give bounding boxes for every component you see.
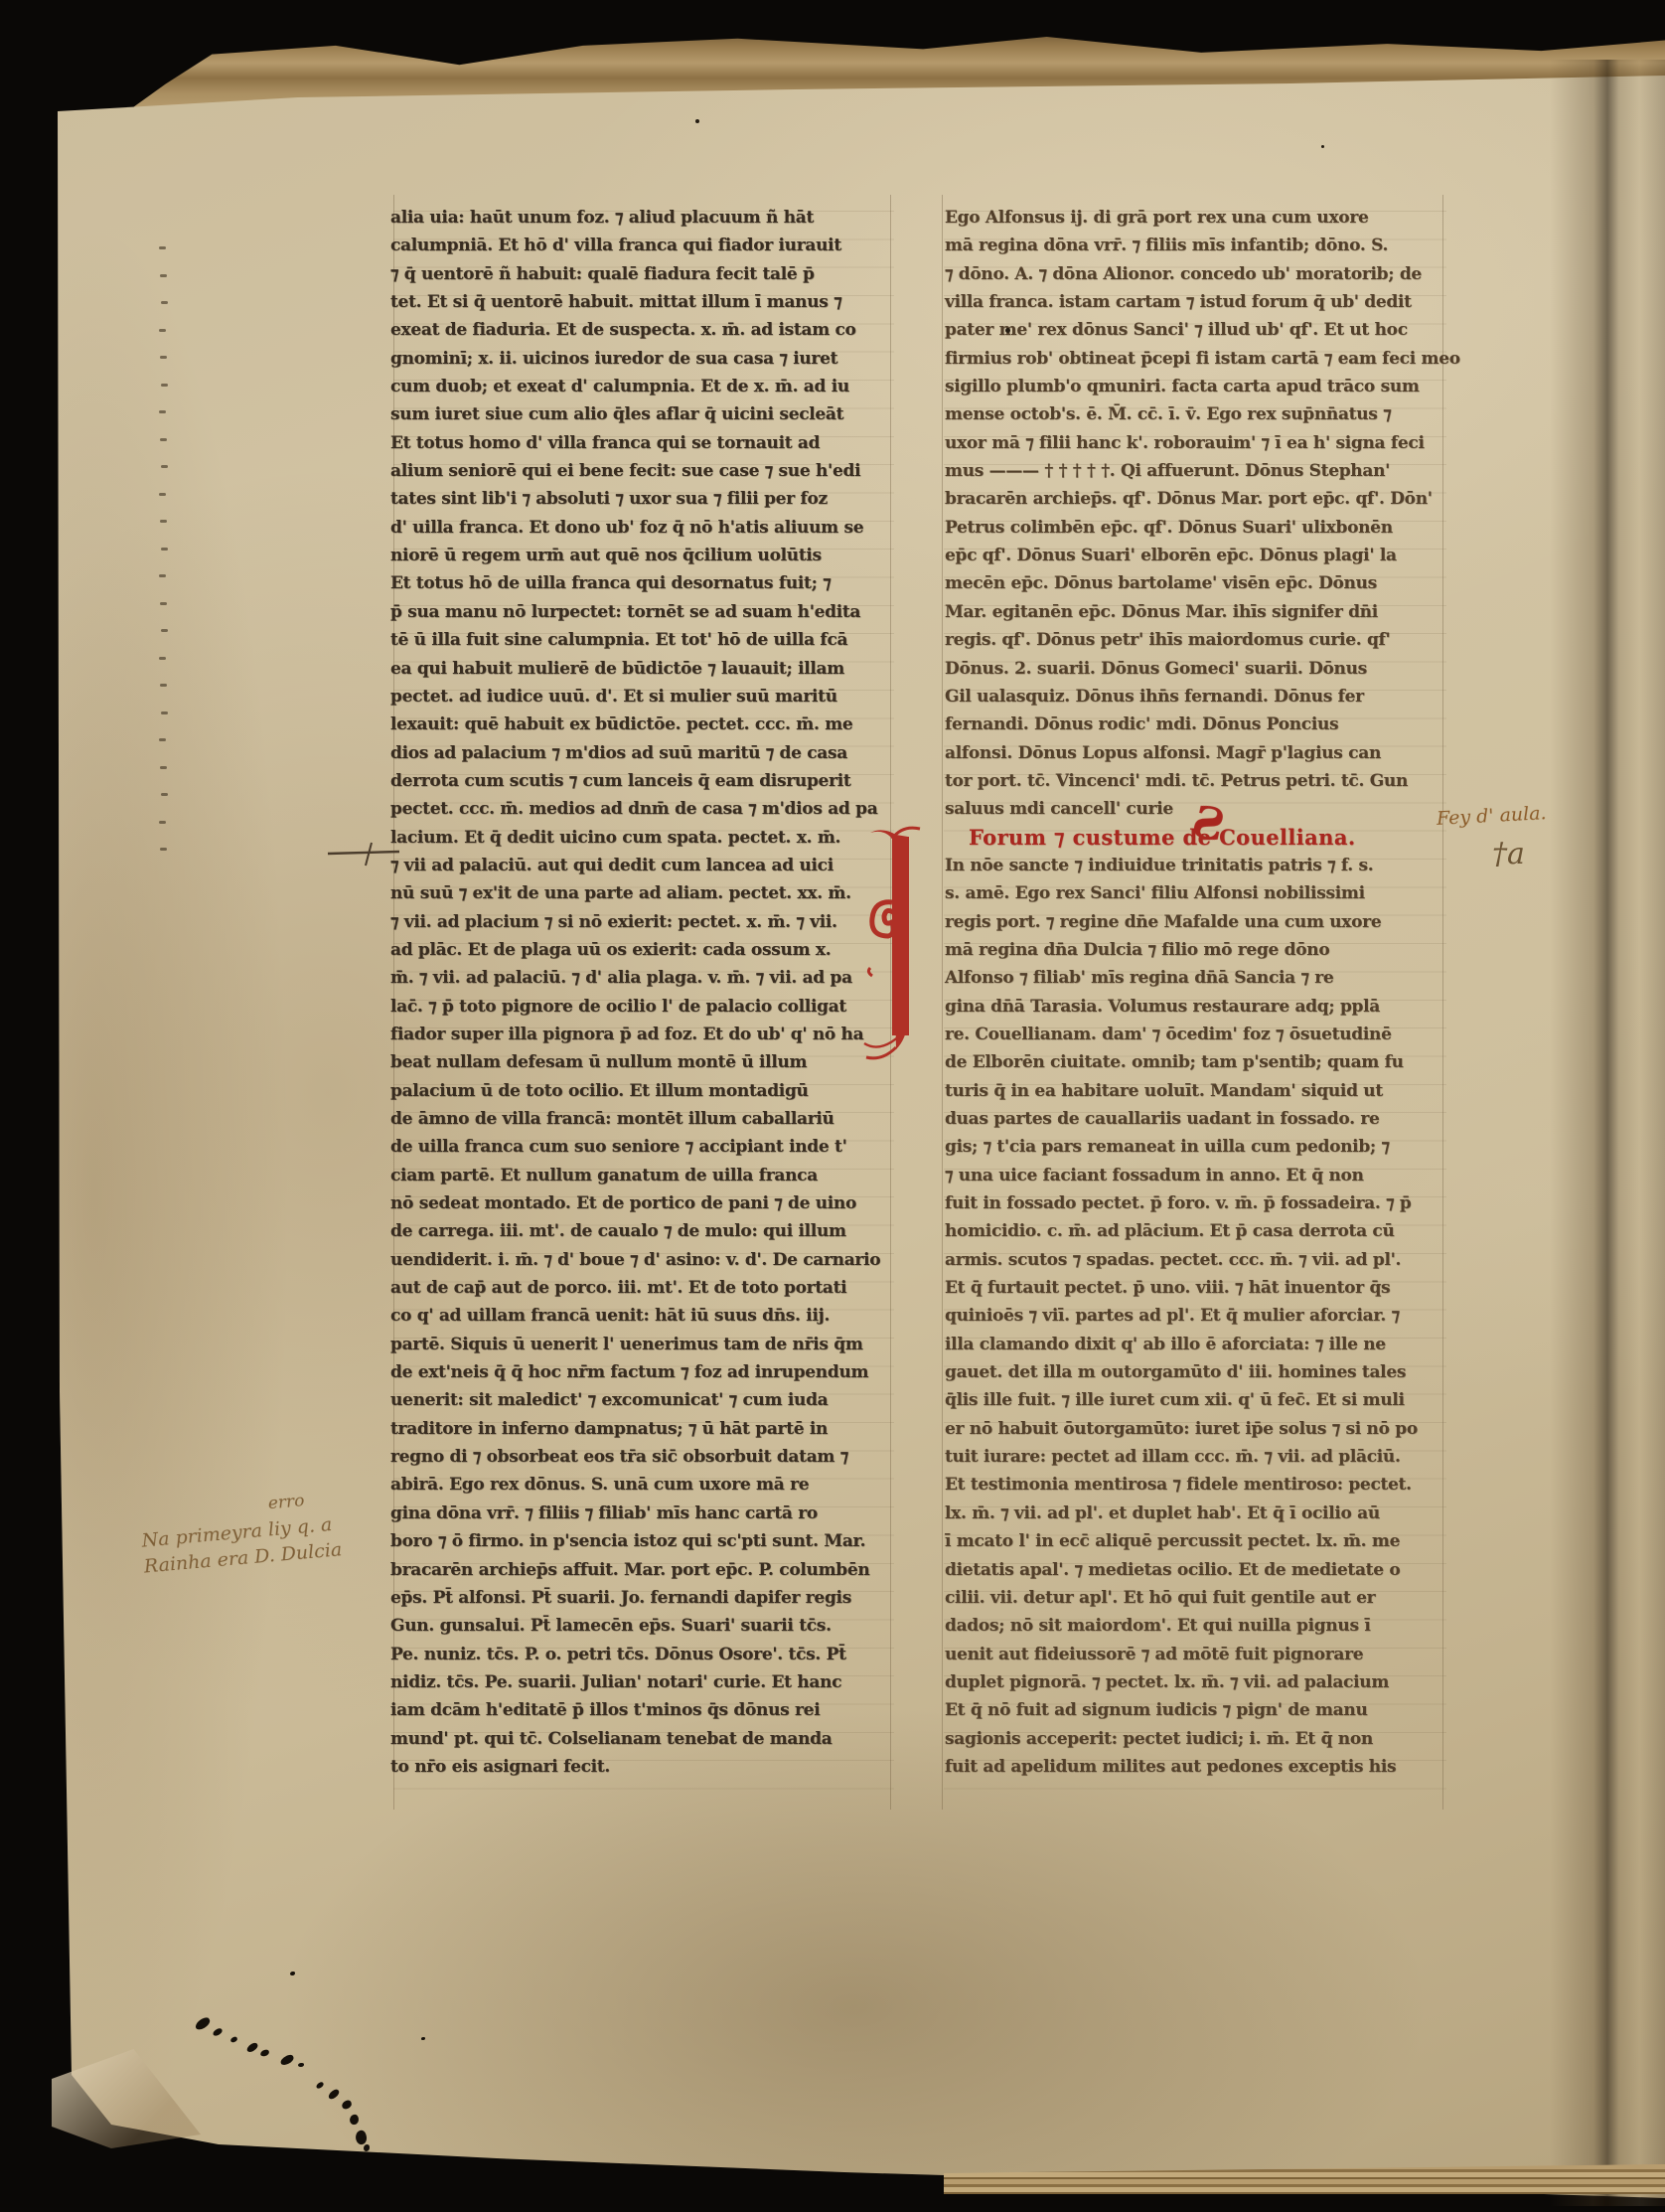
manuscript-line: gis; ⁊ t'cia pars remaneat in uilla cum … [945,1133,1457,1161]
manuscript-line: duplet pignorā. ⁊ pectet. lx. m̄. ⁊ vii.… [945,1668,1457,1696]
manuscript-line: Alfonso ⁊ filiab' mīs regina dn̄ā Sancia… [945,964,1457,992]
manuscript-line: cilii. vii. detur apl'. Et hō qui fuit g… [945,1584,1457,1612]
manuscript-line: In nōe sancte ⁊ indiuidue trinitatis pat… [945,852,1457,879]
manuscript-line: fernandi. Dōnus rodic' mdi. Dōnus Ponciu… [945,711,1457,738]
manuscript-line: Et totus homo d' villa franca qui se tor… [390,429,903,457]
manuscript-line: turis q̄ in ea habitare uoluīt. Mandam' … [945,1077,1457,1105]
manuscript-line: nidiz. tc̄s. Pe. suarii. Julian' notari'… [390,1668,903,1696]
manuscript-line: mus ——— † † † † †. Qi affuerunt. Dōnus S… [945,457,1457,485]
prick-mark [161,465,168,468]
manuscript-line: dietatis apal'. ⁊ medietas ocilio. Et de… [945,1556,1457,1584]
prick-mark [159,574,166,577]
manuscript-line: nū suū ⁊ ex'it de una parte ad aliam. pe… [390,879,903,907]
manuscript-line: aut de cap̄ aut de porco. iii. mt'. Et d… [390,1274,903,1302]
manuscript-line: tet. Et si q̄ uentorē habuit. mittat ill… [390,288,903,316]
manuscript-line: Et q̄ furtauit pectet. p̄ uno. viii. ⁊ h… [945,1274,1457,1302]
manuscript-line: co q' ad uillam francā uenit: hāt iū suu… [390,1302,903,1330]
manuscript-line: mecēn ep̄c. Dōnus bartolame' visēn ep̄c.… [945,569,1457,597]
prick-mark [161,548,168,551]
prick-mark [160,602,167,605]
manuscript-line: mense octob's. ē. M̄. cc̄. ī. v̄. Ego re… [945,400,1457,428]
manuscript-line: Et totus hō de uilla franca qui desornat… [390,569,903,597]
right-text-column: Ego Alfonsus ij. di grā port rex una cum… [945,204,1457,1781]
manuscript-line: uenit aut fideiussorē ⁊ ad mōtē fuit pig… [945,1641,1457,1668]
manuscript-line: cum duob; et exeat d' calumpnia. Et de x… [390,373,903,400]
manuscript-line: regis. qf'. Dōnus petr' ihīs maiordomus … [945,626,1457,654]
manuscript-line: re. Couellianam. dam' ⁊ ōcedim' foz ⁊ ōs… [945,1021,1457,1048]
prick-mark [159,657,166,660]
manuscript-line: fuit ad apelidum milites aut pedones exc… [945,1753,1457,1781]
manuscript-line: derrota cum scutis ⁊ cum lanceis q̄ eam … [390,767,903,795]
manuscript-line: quinioēs ⁊ viī. partes ad pl'. Et q̄ mul… [945,1302,1457,1330]
manuscript-line: ⁊ vii ad palaciū. aut qui dedit cum lanc… [390,852,903,879]
prick-mark [161,711,168,714]
manuscript-line: p̄ sua manu nō lurpectet: tornēt se ad s… [390,598,903,626]
manuscript-line: uxor mā ⁊ filii hanc k'. roborauim' ⁊ ī … [945,429,1457,457]
manuscript-line: homicidio. c. m̄. ad plācium. Et p̄ casa… [945,1217,1457,1245]
manuscript-line: beat nullam defesam ū nullum montē ū ill… [390,1048,903,1076]
manuscript-line: iam dcām h'editatē p̄ illos t'minos q̄s … [390,1696,903,1724]
manuscript-line: gina dn̄ā Tarasia. Volumus restaurare ad… [945,993,1457,1021]
ink-speck [695,119,699,123]
manuscript-line: exeat de fiaduria. Et de suspecta. x. m̄… [390,316,903,344]
manuscript-line: de Elborēn ciuitate. omnib; tam p'sentib… [945,1048,1457,1076]
manuscript-line: d' uilla franca. Et dono ub' foz q̄ nō h… [390,514,903,542]
manuscript-line: dios ad palacium ⁊ m'dios ad suū maritū … [390,739,903,767]
manuscript-line: bracarēn archiep̄s affuit. Mar. port ep̄… [390,1556,903,1584]
manuscript-line: nō sedeat montado. Et de portico de pani… [390,1189,903,1217]
ink-speck [1005,328,1010,333]
manuscript-line: de āmno de villa francā: montēt illum ca… [390,1105,903,1133]
prick-mark [160,438,167,441]
manuscript-line: er nō habuit ōutorgamūto: iuret ip̄e sol… [945,1415,1457,1443]
manuscript-line: ep̄s. Pt̄ alfonsi. Pt̄ suarii. Jo. ferna… [390,1584,903,1612]
prick-mark [160,520,167,523]
manuscript-line: lac̄. ⁊ p̄ toto pignore de ocilio l' de … [390,993,903,1021]
manuscript-line: lx. m̄. ⁊ vii. ad pl'. et duplet hab'. E… [945,1500,1457,1527]
manuscript-line: tuit iurare: pectet ad illam ccc. m̄. ⁊ … [945,1443,1457,1471]
manuscript-line: mā regina dōna vrr̄. ⁊ filiis mīs infant… [945,232,1457,259]
manuscript-line: duas partes de cauallariis uadant in fos… [945,1105,1457,1133]
manuscript-line: tates sint lib'i ⁊ absoluti ⁊ uxor sua ⁊… [390,485,903,513]
manuscript-line: Gil ualasquiz. Dōnus ihn̄s fernandi. Dōn… [945,683,1457,711]
manuscript-line: ⁊ q̄ uentorē ñ habuit: qualē fiadura fec… [390,260,903,288]
prick-mark [160,356,167,359]
manuscript-line: fuit in fossado pectet. p̄ foro. v. m̄. … [945,1189,1457,1217]
manuscript-line: de ext'neis q̄ q̄ hoc nr̄m factum ⁊ foz … [390,1358,903,1386]
margin-cross-a-mark: †a [1492,837,1525,871]
binding-gutter-fold [1550,60,1665,2206]
prick-mark [159,246,166,249]
prick-mark [160,684,167,687]
prick-mark [159,493,166,496]
manuscript-line: de carrega. iii. mt'. de caualo ⁊ de mul… [390,1217,903,1245]
manuscript-line: mund' pt. qui tc̄. Colselianam tenebat d… [390,1725,903,1753]
manuscript-line: Ego Alfonsus ij. di grā port rex una cum… [945,204,1457,232]
manuscript-line: Dōnus. 2. suarii. Dōnus Gomeci' suarii. … [945,655,1457,683]
manuscript-line: de uilla franca cum suo seniore ⁊ accipi… [390,1133,903,1161]
manuscript-line: to nr̄o eis asignari fecit. [390,1753,903,1781]
manuscript-line: Et q̄ nō fuit ad signum iudicis ⁊ pign' … [945,1696,1457,1724]
manuscript-line: bracarēn archiep̄s. qf'. Dōnus Mar. port… [945,485,1457,513]
manuscript-line: ad plāc. Et de plaga uū os exierit: cada… [390,936,903,964]
prick-mark [159,329,166,332]
manuscript-line: sagionis acceperit: pectet iudici; i. m̄… [945,1725,1457,1753]
manuscript-line: uendiderit. i. m̄. ⁊ d' boue ⁊ d' asino:… [390,1246,903,1274]
manuscript-line: ⁊ dōno. A. ⁊ dōna Alionor. concedo ub' m… [945,260,1457,288]
prick-mark [161,629,168,632]
manuscript-line: calumpniā. Et hō d' villa franca qui fia… [390,232,903,259]
manuscript-line: traditore in inferno dampnatus; ⁊ ū hāt … [390,1415,903,1443]
manuscript-line: illa clamando dixit q' ab illo ē aforcia… [945,1331,1457,1358]
manuscript-line: tē ū illa fuit sine calumpnia. Et tot' h… [390,626,903,654]
manuscript-line: fiador super illa pignora p̄ ad foz. Et … [390,1021,903,1048]
manuscript-line: palacium ū de toto ocilio. Et illum mont… [390,1077,903,1105]
prick-mark [159,738,166,741]
manuscript-line: Mar. egitanēn ep̄c. Dōnus Mar. ihīs sign… [945,598,1457,626]
manuscript-line: lexauit: quē habuit ex būdictōe. pectet.… [390,711,903,738]
manuscript-line: alium seniorē qui ei bene fecit: sue cas… [390,457,903,485]
manuscript-line: sigillo plumb'o qmuniri. facta carta apu… [945,373,1457,400]
manuscript-line: dados; nō sit maiordom'. Et qui nuilla p… [945,1612,1457,1640]
manuscript-line: partē. Siquis ū uenerit l' uenerimus tam… [390,1331,903,1358]
manuscript-line: ea qui habuit mulierē de būdictōe ⁊ laua… [390,655,903,683]
manuscript-line: gnominī; x. ii. uicinos iuredor de sua c… [390,345,903,373]
manuscript-line: Et testimonia mentirosa ⁊ fidele mentiro… [945,1471,1457,1499]
manuscript-line: alia uia: haūt unum foz. ⁊ aliud placuum… [390,204,903,232]
manuscript-line: regno di ⁊ obsorbeat eos tr̄a sic̄ obsor… [390,1443,903,1471]
prick-mark [160,766,167,769]
manuscript-line: pater me' rex dōnus Sanci' ⁊ illud ub' q… [945,316,1457,344]
ruling-line [942,195,943,1810]
manuscript-line: ī mcato l' in ecc̄ aliquē percussit pect… [945,1527,1457,1555]
prick-mark [159,410,166,413]
manuscript-line: villa franca. istam cartam ⁊ istud forum… [945,288,1457,316]
manuscript-photo: alia uia: haūt unum foz. ⁊ aliud placuum… [0,0,1665,2212]
prick-mark [161,793,168,796]
ink-speck [1321,145,1324,148]
red-initial-letter-I [862,823,938,1075]
manuscript-line: alfonsi. Dōnus Lopus alfonsi. Magr̄ p'la… [945,739,1457,767]
manuscript-line: sum iuret siue cum alio q̄les aflar q̄ u… [390,400,903,428]
manuscript-line: gauet. det illa m outorgamūto d' iii. ho… [945,1358,1457,1386]
manuscript-line: niorē ū regem urm̄ aut quē nos q̄cilium … [390,542,903,569]
margin-cross-mark [326,841,405,867]
prick-mark [159,821,166,824]
manuscript-line: mā regina dn̄a Dulcia ⁊ filio mō rege dō… [945,936,1457,964]
prick-mark [161,301,168,304]
manuscript-line: ⁊ una uice faciant fossadum in anno. Et … [945,1162,1457,1189]
manuscript-line: m̄. ⁊ vii. ad palaciū. ⁊ d' alia plaga. … [390,964,903,992]
manuscript-line: tor port. tc̄. Vincenci' mdi. tc̄. Petru… [945,767,1457,795]
manuscript-line: ciam partē. Et nullum ganatum de uilla f… [390,1162,903,1189]
manuscript-line: ⁊ vii. ad placium ⁊ si nō exierit: pecte… [390,908,903,936]
manuscript-line: q̄lis ille fuit. ⁊ ille iuret cum xii. q… [945,1386,1457,1414]
manuscript-line: pectet. ccc. m̄. medios ad dnm̄ de casa … [390,795,903,823]
prick-mark [161,384,168,387]
manuscript-line: pectet. ad iudice uuū. d'. Et si mulier … [390,683,903,711]
manuscript-line: lacium. Et q̄ dedit uicino cum spata. pe… [390,824,903,852]
manuscript-line: Gun. gunsalui. Pt̄ lamecēn ep̄s. Suari' … [390,1612,903,1640]
manuscript-line: Petrus colimbēn ep̄c. qf'. Dōnus Suari' … [945,514,1457,542]
manuscript-line: ep̄c qf'. Dōnus Suari' elborēn ep̄c. Dōn… [945,542,1457,569]
manuscript-line: s. amē. Ego rex Sanci' filiu Alfonsi nob… [945,879,1457,907]
manuscript-line: Pe. nuniz. tc̄s. P. o. petri tc̄s. Dōnus… [390,1641,903,1668]
manuscript-line: firmius rob' obtineat p̄cepi fi istam ca… [945,345,1457,373]
prick-mark [160,848,167,851]
prick-mark [160,274,167,277]
manuscript-line: uenerit: sit maledict' ⁊ excomunicat' ⁊ … [390,1386,903,1414]
manuscript-line: armis. scutos ⁊ spadas. pectet. ccc. m̄.… [945,1246,1457,1274]
manuscript-line: regis port. ⁊ regine dn̄e Mafalde una cu… [945,908,1457,936]
